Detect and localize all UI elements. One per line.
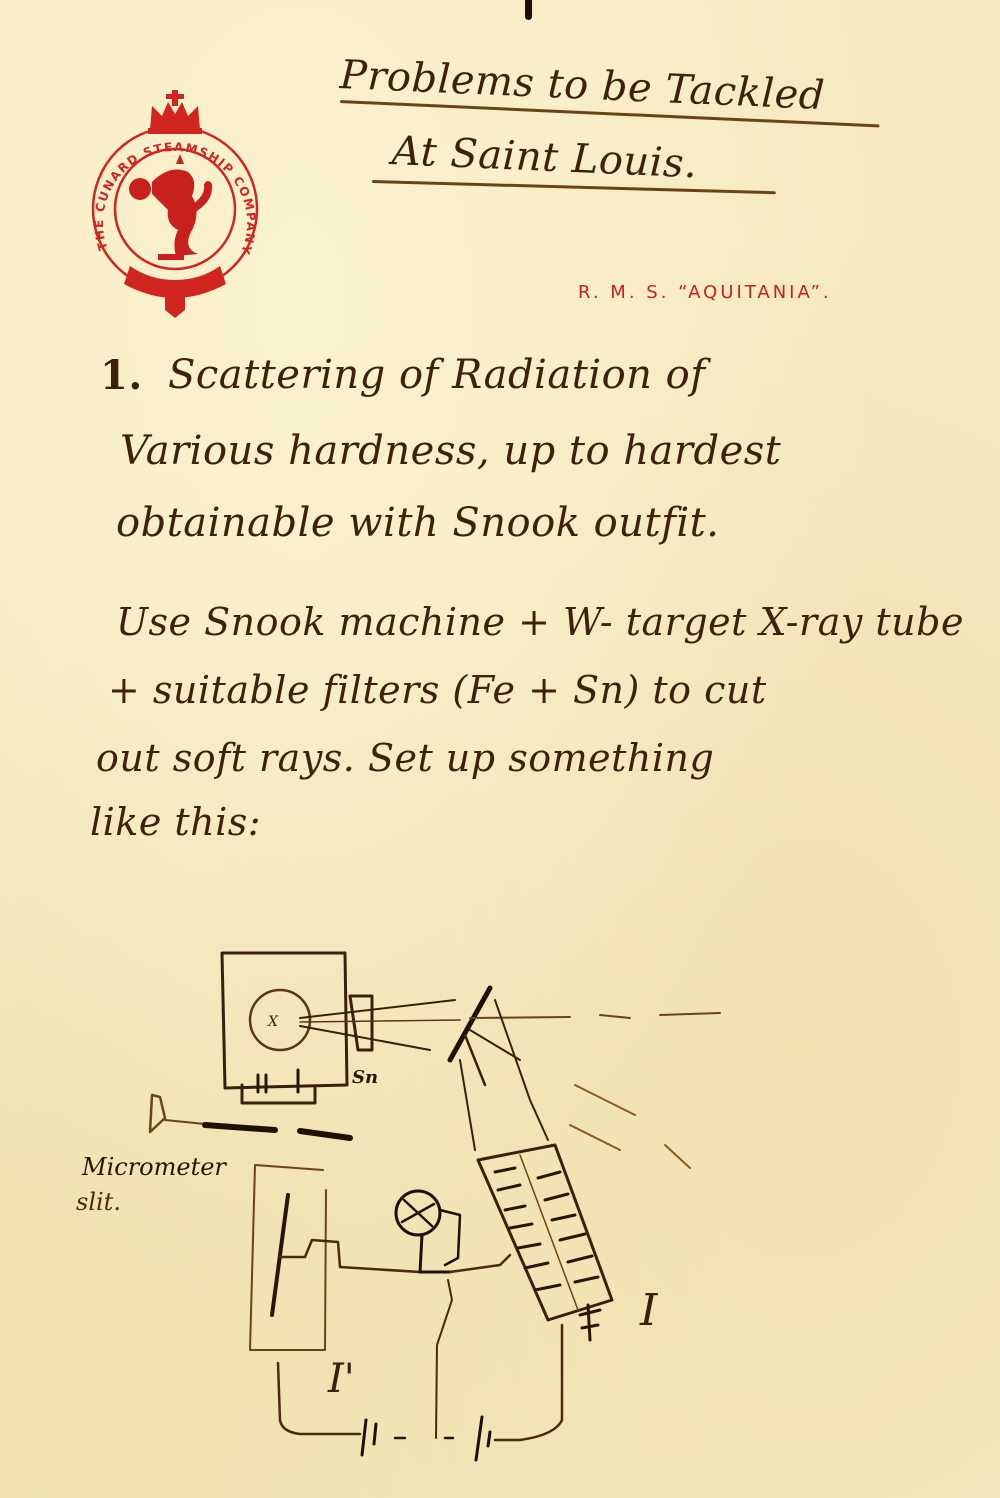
chamber-label-I: I bbox=[639, 1285, 659, 1336]
item-number: 1. bbox=[100, 352, 143, 399]
slit-label-line-2: slit. bbox=[76, 1188, 121, 1216]
instructions-line-1: Use Snook machine + W- target X-ray tube bbox=[116, 600, 964, 644]
chamber-label-I-prime: I' bbox=[327, 1356, 355, 1402]
item1-line-2: Various hardness, up to hardest bbox=[120, 428, 781, 474]
cunard-crest-icon: THE CUNARD STEAMSHIP COMPANY LIMITED bbox=[80, 84, 270, 319]
slit-label-line-1: Micrometer bbox=[81, 1153, 227, 1181]
instructions-line-2: + suitable filters (Fe + Sn) to cut bbox=[108, 668, 767, 712]
instructions-line-3: out soft rays. Set up something bbox=[96, 736, 714, 780]
item1-line-1: Scattering of Radiation of bbox=[168, 352, 706, 398]
ink-mark bbox=[525, 0, 532, 20]
instructions-line-4: like this: bbox=[90, 800, 261, 844]
tube-label: X bbox=[267, 1014, 279, 1030]
filter-label: Sn bbox=[352, 1067, 378, 1088]
item1-line-3: obtainable with Snook outfit. bbox=[116, 500, 719, 546]
apparatus-sketch: X Sn Micrometer slit. I I' bbox=[0, 920, 1000, 1498]
ship-name: R. M. S. “AQUITANIA”. bbox=[578, 282, 832, 303]
